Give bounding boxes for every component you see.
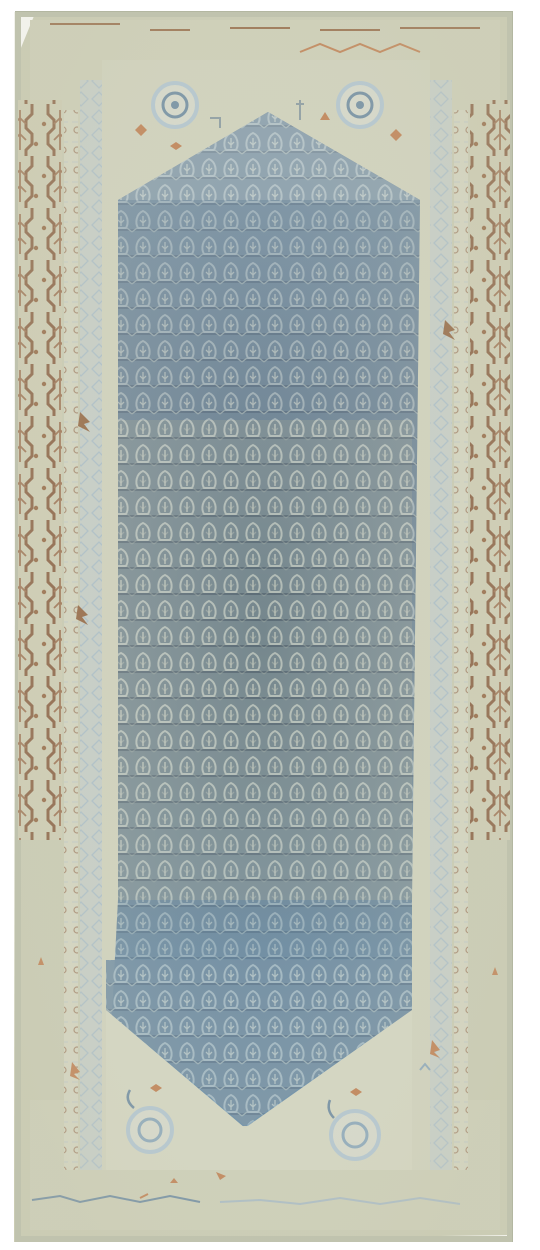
rug-illustration <box>0 0 540 1250</box>
rug-photo <box>0 0 540 1250</box>
rug-body <box>14 12 512 1242</box>
